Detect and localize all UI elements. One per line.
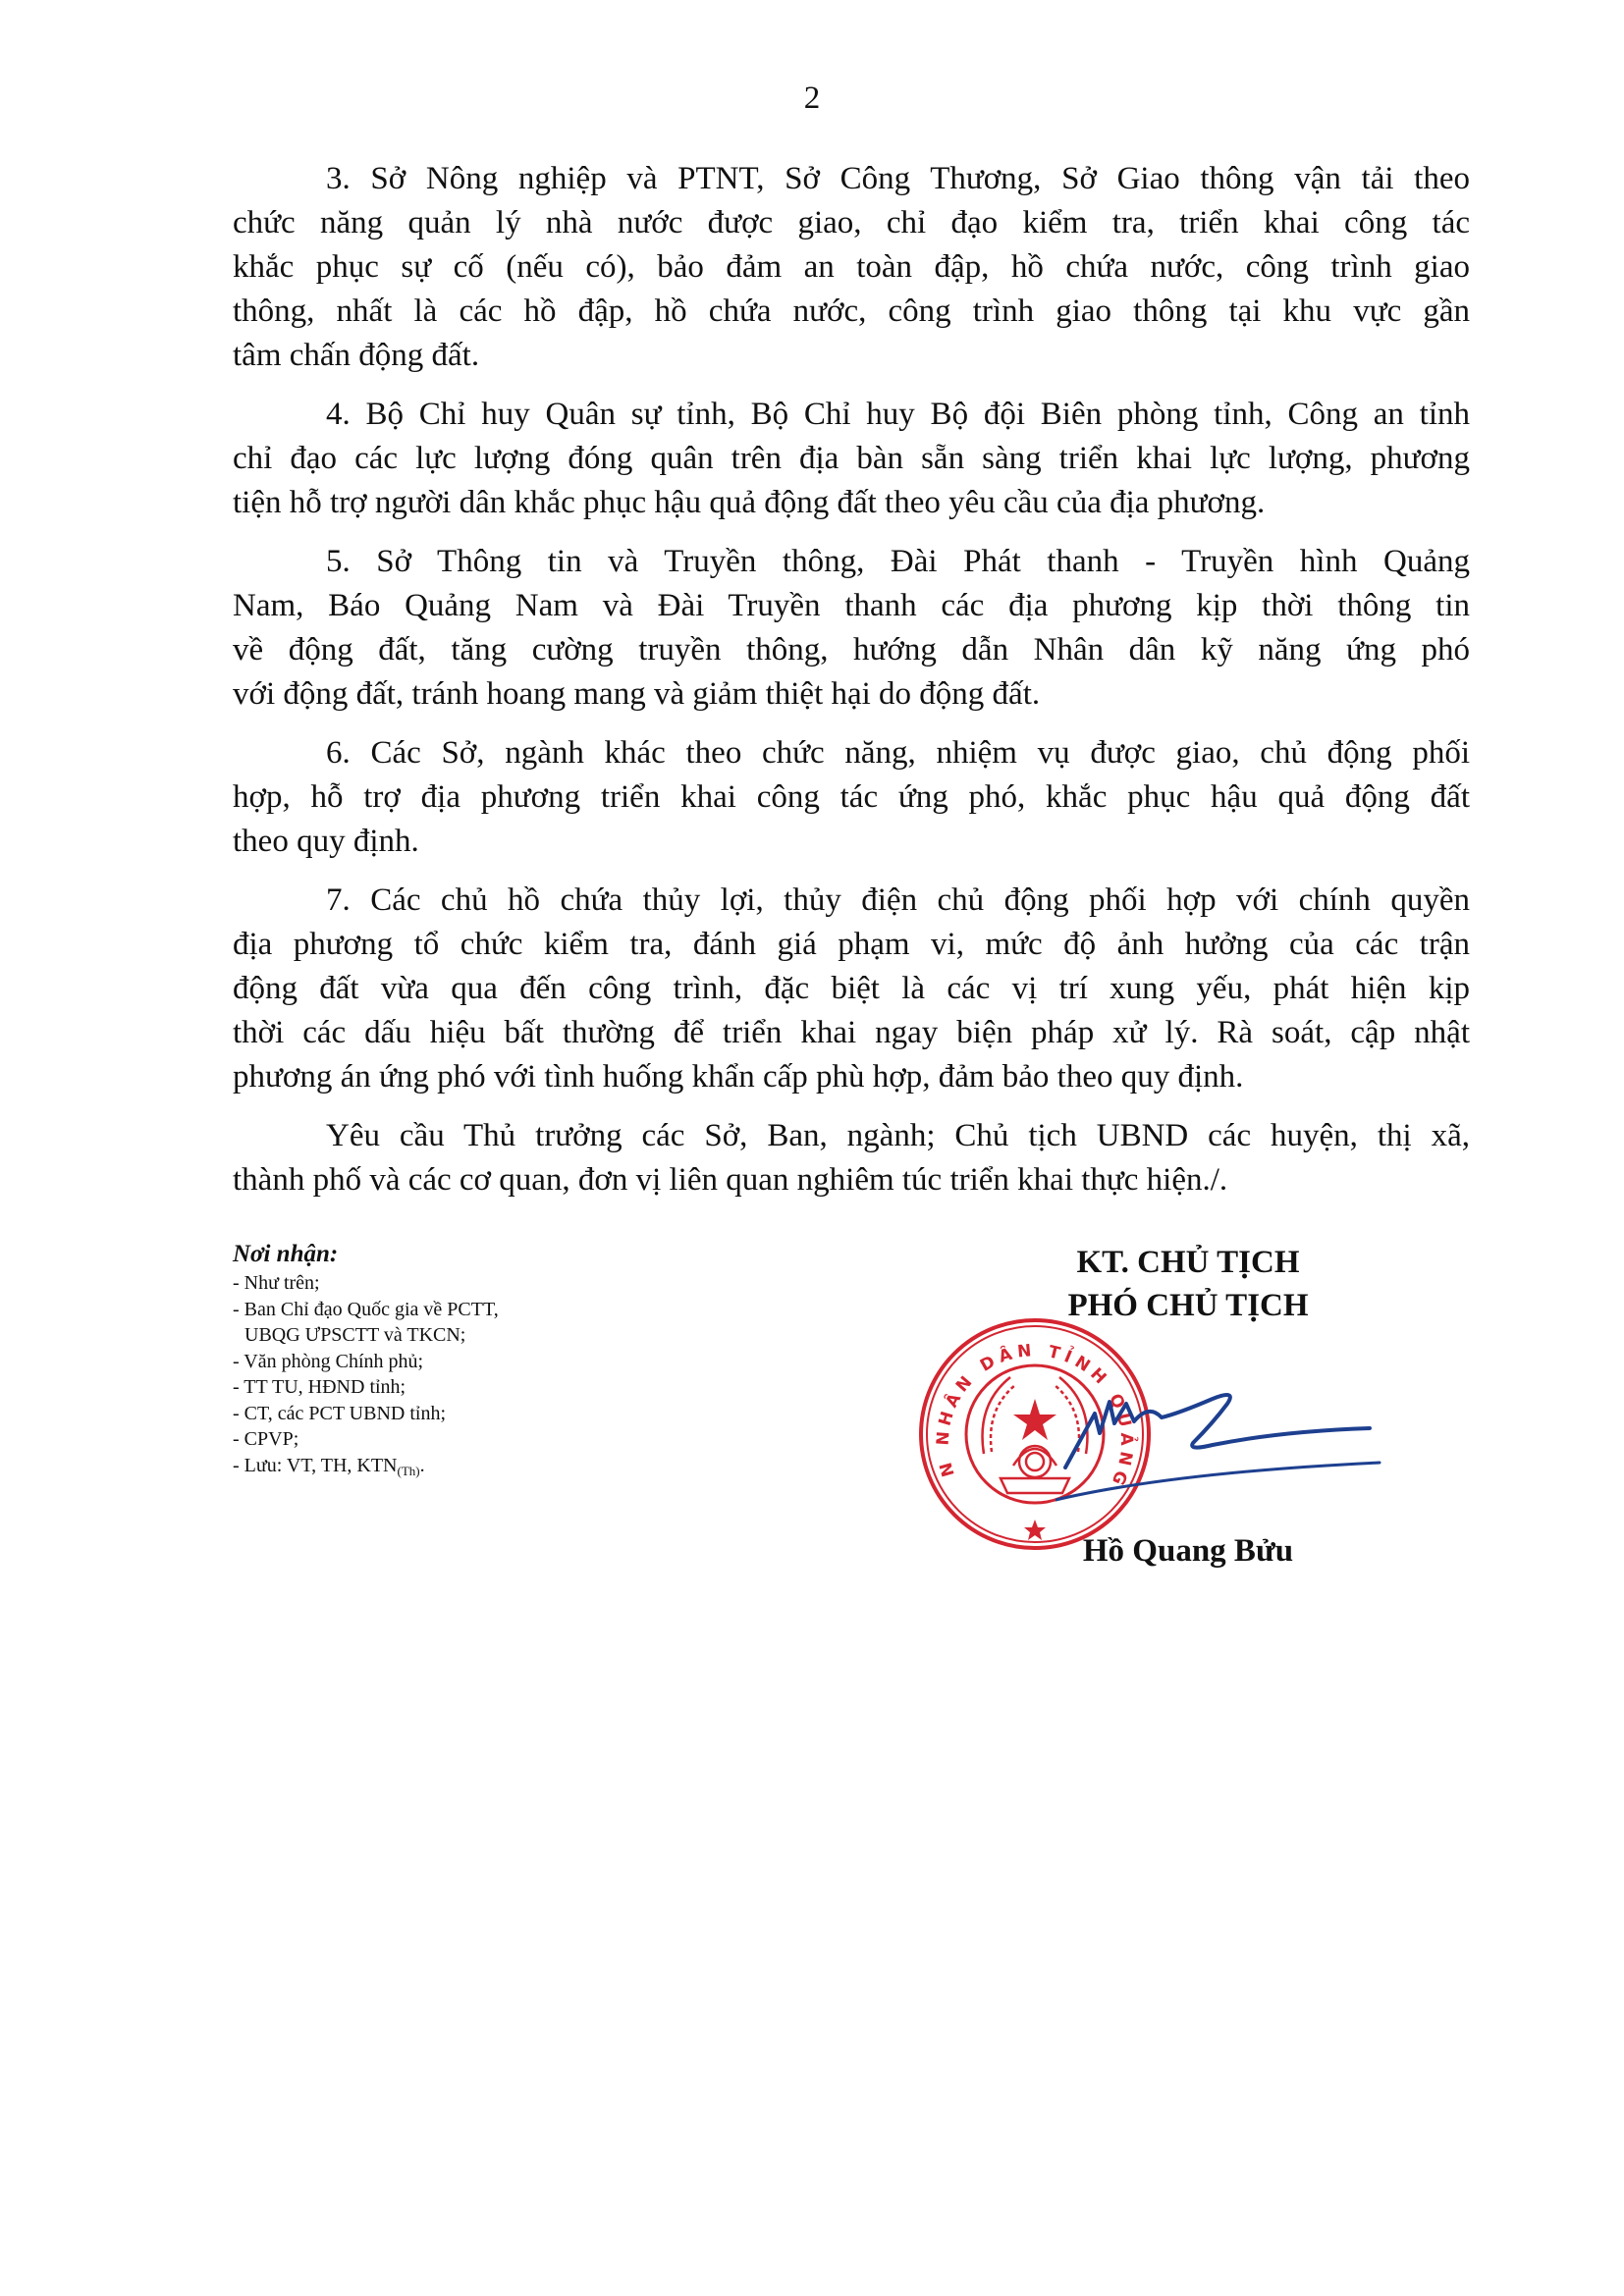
- text-line: 7. Các chủ hồ chứa thủy lợi, thủy điện c…: [233, 879, 1470, 923]
- text-line: tâm chấn động đất.: [233, 334, 1470, 378]
- document-body: 3. Sở Nông nghiệp và PTNT, Sở Công Thươn…: [233, 157, 1470, 1217]
- text-line: thông, nhất là các hồ đập, hồ chứa nước,…: [233, 290, 1470, 334]
- recipient-item: - Ban Chỉ đạo Quốc gia về PCTT,: [233, 1297, 499, 1323]
- text-line: Nam, Báo Quảng Nam và Đài Truyền thanh c…: [233, 584, 1470, 628]
- text-line: tiện hỗ trợ người dân khắc phục hậu quả …: [233, 481, 1470, 525]
- page-number: 2: [0, 80, 1624, 116]
- paragraph-item-6: 6. Các Sở, ngành khác theo chức năng, nh…: [233, 731, 1470, 864]
- text-line: với động đất, tránh hoang mang và giảm t…: [233, 672, 1470, 717]
- text-line: thời các dấu hiệu bất thường để triển kh…: [233, 1011, 1470, 1055]
- recipient-item: - TT TU, HĐND tỉnh;: [233, 1374, 499, 1401]
- paragraph-closing-request: Yêu cầu Thủ trưởng các Sở, Ban, ngành; C…: [233, 1114, 1470, 1202]
- recipient-item-archive: - Lưu: VT, TH, KTN(Th).: [233, 1453, 499, 1485]
- text-line: theo quy định.: [233, 820, 1470, 864]
- text-line: khắc phục sự cố (nếu có), bảo đảm an toà…: [233, 245, 1470, 290]
- text-line: chỉ đạo các lực lượng đóng quân trên địa…: [233, 437, 1470, 481]
- recipients-block: Nơi nhận: - Như trên; - Ban Chỉ đạo Quốc…: [233, 1239, 499, 1484]
- paragraph-item-4: 4. Bộ Chỉ huy Quân sự tỉnh, Bộ Chỉ huy B…: [233, 393, 1470, 525]
- recipient-item: - CT, các PCT UBND tỉnh;: [233, 1401, 499, 1427]
- archive-suffix: .: [420, 1455, 425, 1476]
- recipient-item: UBQG ƯPSCTT và TKCN;: [233, 1322, 499, 1349]
- recipients-title: Nơi nhận:: [233, 1239, 499, 1270]
- text-line: 3. Sở Nông nghiệp và PTNT, Sở Công Thươn…: [233, 157, 1470, 201]
- text-line: về động đất, tăng cường truyền thông, hư…: [233, 628, 1470, 672]
- paragraph-item-7: 7. Các chủ hồ chứa thủy lợi, thủy điện c…: [233, 879, 1470, 1099]
- recipient-item: - Văn phòng Chính phủ;: [233, 1349, 499, 1375]
- text-line: hợp, hỗ trợ địa phương triển khai công t…: [233, 775, 1470, 820]
- text-line: chức năng quản lý nhà nước được giao, ch…: [233, 201, 1470, 245]
- text-line: động đất vừa qua đến công trình, đặc biệ…: [233, 967, 1470, 1011]
- text-line: 5. Sở Thông tin và Truyền thông, Đài Phá…: [233, 540, 1470, 584]
- text-line: thành phố và các cơ quan, đơn vị liên qu…: [233, 1158, 1470, 1202]
- recipient-item: - CPVP;: [233, 1426, 499, 1453]
- text-line: 6. Các Sở, ngành khác theo chức năng, nh…: [233, 731, 1470, 775]
- handwritten-signature-icon: [1056, 1374, 1389, 1502]
- paragraph-item-5: 5. Sở Thông tin và Truyền thông, Đài Phá…: [233, 540, 1470, 717]
- text-line: phương án ứng phó với tình huống khẩn cấ…: [233, 1055, 1470, 1099]
- archive-label: - Lưu: VT, TH, KTN: [233, 1455, 398, 1476]
- recipient-item: - Như trên;: [233, 1270, 499, 1297]
- archive-subscript: (Th): [398, 1464, 420, 1478]
- signer-name: Hồ Quang Bửu: [992, 1531, 1384, 1571]
- signer-title-line1: KT. CHỦ TỊCH: [992, 1243, 1384, 1282]
- text-line: 4. Bộ Chỉ huy Quân sự tỉnh, Bộ Chỉ huy B…: [233, 393, 1470, 437]
- text-line: địa phương tổ chức kiểm tra, đánh giá ph…: [233, 923, 1470, 967]
- text-line: Yêu cầu Thủ trưởng các Sở, Ban, ngành; C…: [233, 1114, 1470, 1158]
- paragraph-item-3: 3. Sở Nông nghiệp và PTNT, Sở Công Thươn…: [233, 157, 1470, 378]
